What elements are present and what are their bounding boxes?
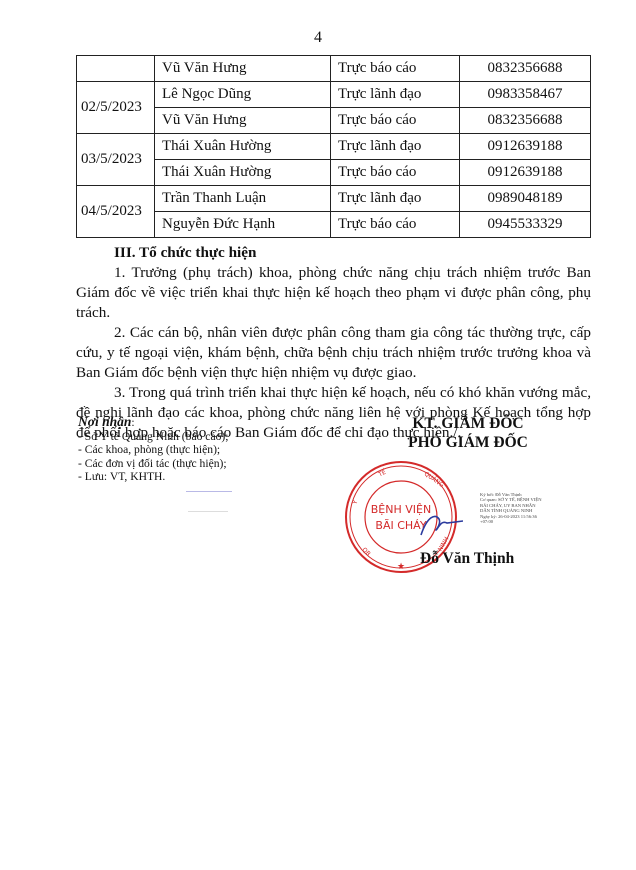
recipients-title: Nơi nhận bbox=[78, 414, 131, 429]
name-cell: Vũ Văn Hưng bbox=[155, 56, 331, 82]
svg-text:★: ★ bbox=[397, 562, 405, 572]
stamp-text-2: BÃI CHÁY bbox=[375, 519, 426, 532]
recipient-item: - Các đơn vị đối tác (thực hiện); bbox=[78, 457, 228, 471]
stamp-text-1: BỆNH VIỆN bbox=[371, 503, 431, 516]
name-cell: Trần Thanh Luận bbox=[155, 186, 331, 212]
role-cell: Trực báo cáo bbox=[331, 160, 460, 186]
name-cell: Nguyễn Đức Hạnh bbox=[155, 212, 331, 238]
section-heading: III. Tổ chức thực hiện bbox=[114, 243, 591, 263]
section-organization: III. Tổ chức thực hiện 1. Trưởng (phụ tr… bbox=[76, 243, 591, 443]
signature-line-2: PHÓ GIÁM ĐỐC bbox=[380, 433, 556, 452]
name-cell: Thái Xuân Hường bbox=[155, 160, 331, 186]
phone-cell: 0832356688 bbox=[460, 108, 591, 134]
phone-cell: 0912639188 bbox=[460, 160, 591, 186]
date-cell: 04/5/2023 bbox=[77, 186, 155, 238]
digital-signature-info: Ký bởi: Đỗ Văn Thịnh Cơ quan: SỞ Y TẾ, B… bbox=[480, 492, 542, 524]
duty-roster-table: Vũ Văn HưngTrực báo cáo083235668802/5/20… bbox=[76, 55, 591, 238]
recipient-item: - Sở Y tế Quảng Ninh (báo cáo); bbox=[78, 430, 228, 444]
phone-cell: 0832356688 bbox=[460, 56, 591, 82]
signature-title: KT. GIÁM ĐỐC PHÓ GIÁM ĐỐC bbox=[380, 414, 556, 452]
phone-cell: 0912639188 bbox=[460, 134, 591, 160]
table-row: 03/5/2023Thái Xuân HườngTrực lãnh đạo091… bbox=[77, 134, 591, 160]
recipients-block: Nơi nhận: - Sở Y tế Quảng Ninh (báo cáo)… bbox=[78, 415, 228, 484]
phone-cell: 0983358467 bbox=[460, 82, 591, 108]
recipient-item: - Các khoa, phòng (thực hiện); bbox=[78, 443, 228, 457]
page-number: 4 bbox=[0, 29, 636, 47]
role-cell: Trực báo cáo bbox=[331, 212, 460, 238]
svg-text:Y: Y bbox=[351, 499, 359, 506]
paragraph-2: 2. Các cán bộ, nhân viên được phân công … bbox=[76, 323, 591, 383]
faint-mark bbox=[186, 491, 232, 492]
table-row: Nguyễn Đức HạnhTrực báo cáo0945533329 bbox=[77, 212, 591, 238]
name-cell: Lê Ngọc Dũng bbox=[155, 82, 331, 108]
name-cell: Thái Xuân Hường bbox=[155, 134, 331, 160]
signature-line-1: KT. GIÁM ĐỐC bbox=[380, 414, 556, 433]
table-row: Vũ Văn HưngTrực báo cáo0832356688 bbox=[77, 56, 591, 82]
table-row: 02/5/2023Lê Ngọc DũngTrực lãnh đạo098335… bbox=[77, 82, 591, 108]
phone-cell: 0989048189 bbox=[460, 186, 591, 212]
role-cell: Trực báo cáo bbox=[331, 56, 460, 82]
signing-agency: Cơ quan: SỞ Y TẾ, BỆNH VIỆN BÃI CHÁY, UY… bbox=[480, 497, 542, 513]
table-row: 04/5/2023Trần Thanh LuậnTrực lãnh đạo098… bbox=[77, 186, 591, 212]
date-cell bbox=[77, 56, 155, 82]
date-cell: 02/5/2023 bbox=[77, 82, 155, 134]
role-cell: Trực lãnh đạo bbox=[331, 186, 460, 212]
table-row: Vũ Văn HưngTrực báo cáo0832356688 bbox=[77, 108, 591, 134]
recipient-item: - Lưu: VT, KHTH. bbox=[78, 470, 228, 484]
role-cell: Trực lãnh đạo bbox=[331, 82, 460, 108]
phone-cell: 0945533329 bbox=[460, 212, 591, 238]
signer-name: Đỗ Văn Thịnh bbox=[420, 550, 514, 568]
name-cell: Vũ Văn Hưng bbox=[155, 108, 331, 134]
signing-date: Ngày ký: 26-04-2023 11:56:36 +07:00 bbox=[480, 514, 542, 525]
faint-mark bbox=[188, 511, 228, 512]
svg-text:TẾ: TẾ bbox=[376, 468, 387, 479]
date-cell: 03/5/2023 bbox=[77, 134, 155, 186]
table-row: Thái Xuân HườngTrực báo cáo0912639188 bbox=[77, 160, 591, 186]
role-cell: Trực báo cáo bbox=[331, 108, 460, 134]
role-cell: Trực lãnh đạo bbox=[331, 134, 460, 160]
paragraph-1: 1. Trưởng (phụ trách) khoa, phòng chức n… bbox=[76, 263, 591, 323]
